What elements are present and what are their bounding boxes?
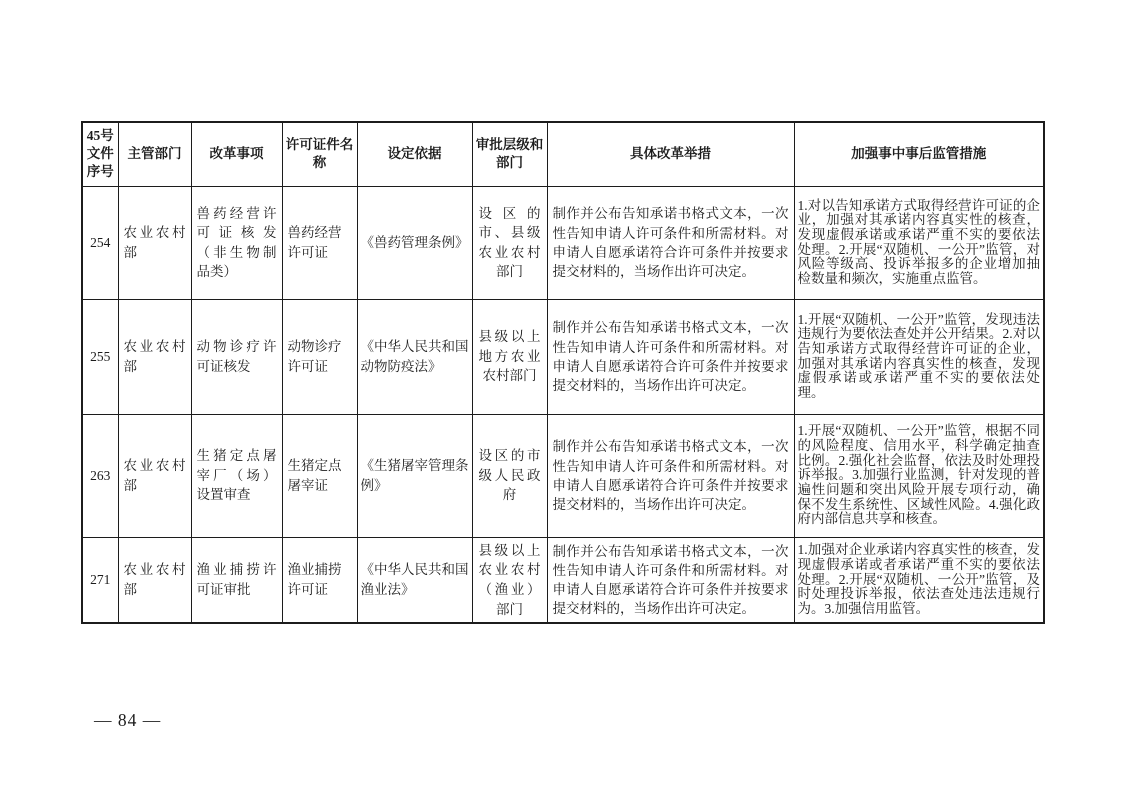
cell-seq: 255 bbox=[82, 299, 118, 414]
cell-level: 设区的市、县级农业农村部门 bbox=[472, 186, 547, 299]
cell-dept: 农业农村部 bbox=[118, 299, 191, 414]
cell-seq: 263 bbox=[82, 414, 118, 537]
cell-item: 渔业捕捞许可证审批 bbox=[191, 537, 282, 623]
column-header: 改革事项 bbox=[191, 122, 282, 186]
cell-level: 县级以上地方农业农村部门 bbox=[472, 299, 547, 414]
cell-basis: 《中华人民共和国动物防疫法》 bbox=[357, 299, 472, 414]
cell-supervision: 1.加强对企业承诺内容真实性的核查，发现虚假承诺或者承诺严重不实的要依法处理。2… bbox=[794, 537, 1044, 623]
table-row: 255农业农村部动物诊疗许可证核发动物诊疗许可证《中华人民共和国动物防疫法》县级… bbox=[82, 299, 1044, 414]
cell-dept: 农业农村部 bbox=[118, 537, 191, 623]
cell-measures: 制作并公布告知承诺书格式文本，一次性告知申请人许可条件和所需材料。对申请人自愿承… bbox=[547, 299, 794, 414]
cell-seq: 254 bbox=[82, 186, 118, 299]
cell-measures: 制作并公布告知承诺书格式文本，一次性告知申请人许可条件和所需材料。对申请人自愿承… bbox=[547, 414, 794, 537]
cell-measures: 制作并公布告知承诺书格式文本，一次性告知申请人许可条件和所需材料。对申请人自愿承… bbox=[547, 537, 794, 623]
table-row: 271农业农村部渔业捕捞许可证审批渔业捕捞许可证《中华人民共和国渔业法》县级以上… bbox=[82, 537, 1044, 623]
cell-item: 动物诊疗许可证核发 bbox=[191, 299, 282, 414]
header-row: 45号文件序号主管部门改革事项许可证件名称设定依据审批层级和部门具体改革举措加强… bbox=[82, 122, 1044, 186]
table-body: 254农业农村部兽药经营许可证核发（非生物制品类）兽药经营许可证《兽药管理条例》… bbox=[82, 186, 1044, 623]
reform-measures-table: 45号文件序号主管部门改革事项许可证件名称设定依据审批层级和部门具体改革举措加强… bbox=[81, 121, 1045, 624]
cell-dept: 农业农村部 bbox=[118, 186, 191, 299]
cell-level: 设区的市级人民政府 bbox=[472, 414, 547, 537]
table-header: 45号文件序号主管部门改革事项许可证件名称设定依据审批层级和部门具体改革举措加强… bbox=[82, 122, 1044, 186]
cell-level: 县级以上农业农村（渔业）部门 bbox=[472, 537, 547, 623]
cell-supervision: 1.对以告知承诺方式取得经营许可证的企业，加强对其承诺内容真实性的核查，发现虚假… bbox=[794, 186, 1044, 299]
column-header: 设定依据 bbox=[357, 122, 472, 186]
cell-license: 生猪定点屠宰证 bbox=[282, 414, 357, 537]
cell-item: 生猪定点屠宰厂（场）设置审查 bbox=[191, 414, 282, 537]
column-header: 主管部门 bbox=[118, 122, 191, 186]
column-header: 具体改革举措 bbox=[547, 122, 794, 186]
cell-dept: 农业农村部 bbox=[118, 414, 191, 537]
document-page: 45号文件序号主管部门改革事项许可证件名称设定依据审批层级和部门具体改革举措加强… bbox=[0, 0, 1122, 793]
column-header: 加强事中事后监管措施 bbox=[794, 122, 1044, 186]
page-number: — 84 — bbox=[94, 710, 161, 731]
table-row: 263农业农村部生猪定点屠宰厂（场）设置审查生猪定点屠宰证《生猪屠宰管理条例》设… bbox=[82, 414, 1044, 537]
cell-basis: 《生猪屠宰管理条例》 bbox=[357, 414, 472, 537]
cell-license: 动物诊疗许可证 bbox=[282, 299, 357, 414]
cell-supervision: 1.开展“双随机、一公开”监管，根据不同的风险程度、信用水平，科学确定抽查比例。… bbox=[794, 414, 1044, 537]
cell-supervision: 1.开展“双随机、一公开”监管，发现违法违规行为要依法查处并公开结果。2.对以告… bbox=[794, 299, 1044, 414]
cell-license: 渔业捕捞许可证 bbox=[282, 537, 357, 623]
table-row: 254农业农村部兽药经营许可证核发（非生物制品类）兽药经营许可证《兽药管理条例》… bbox=[82, 186, 1044, 299]
cell-basis: 《兽药管理条例》 bbox=[357, 186, 472, 299]
cell-seq: 271 bbox=[82, 537, 118, 623]
column-header: 审批层级和部门 bbox=[472, 122, 547, 186]
cell-license: 兽药经营许可证 bbox=[282, 186, 357, 299]
column-header: 45号文件序号 bbox=[82, 122, 118, 186]
cell-item: 兽药经营许可证核发（非生物制品类） bbox=[191, 186, 282, 299]
column-header: 许可证件名称 bbox=[282, 122, 357, 186]
cell-basis: 《中华人民共和国渔业法》 bbox=[357, 537, 472, 623]
cell-measures: 制作并公布告知承诺书格式文本，一次性告知申请人许可条件和所需材料。对申请人自愿承… bbox=[547, 186, 794, 299]
